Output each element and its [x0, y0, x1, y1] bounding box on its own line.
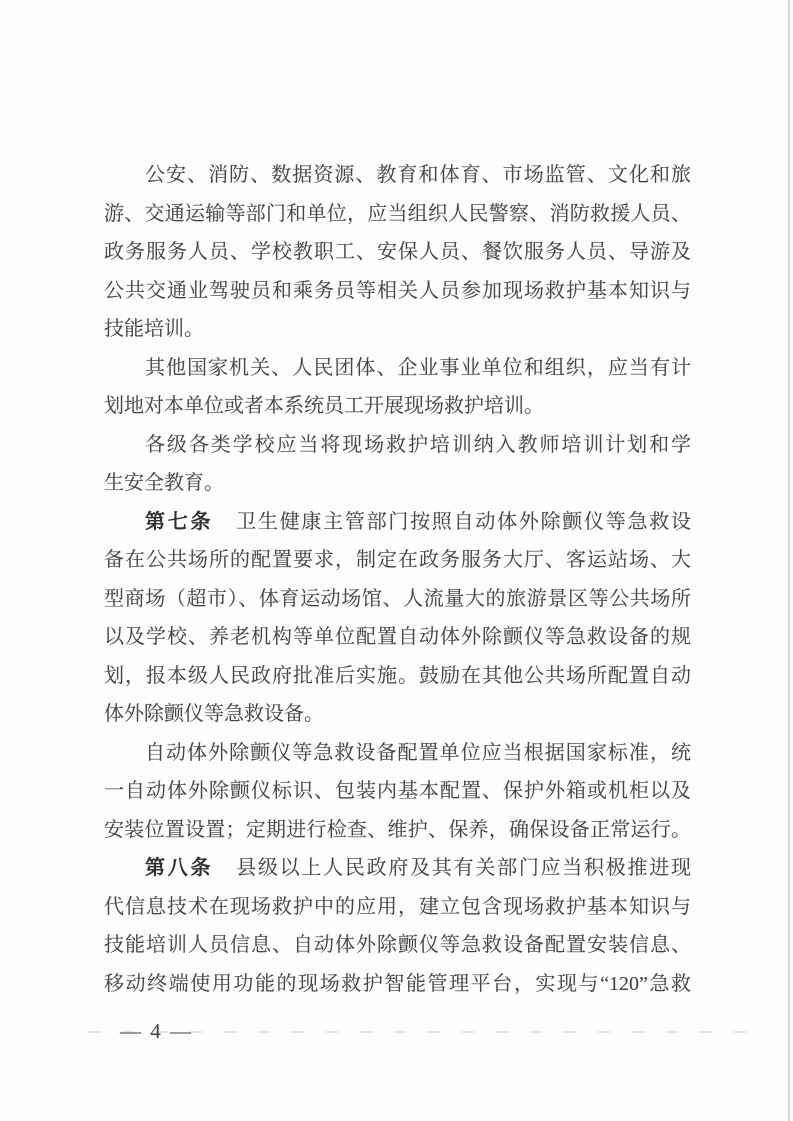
text-line: 其他国家机关、人民团体、企业事业单位和组织，应当有计: [104, 349, 691, 388]
text-line: 第七条卫生健康主管部门按照自动体外除颤仪等急救设: [104, 503, 691, 542]
text-line: 技能培训人员信息、自动体外除颤仪等急救设备配置安装信息、: [104, 926, 691, 965]
document-page: 公安、消防、数据资源、教育和体育、市场监管、文化和旅游、交通运输等部门和单位，应…: [0, 0, 793, 1121]
scan-edge-line: [788, 0, 790, 1121]
text-line: 公安、消防、数据资源、教育和体育、市场监管、文化和旅: [104, 156, 691, 195]
article-term: 第七条: [145, 511, 213, 533]
text-line: 第八条县级以上人民政府及其有关部门应当积极推进现: [104, 849, 691, 888]
paragraph: 其他国家机关、人民团体、企业事业单位和组织，应当有计划地对本单位或者本系统员工开…: [104, 349, 691, 426]
document-body: 公安、消防、数据资源、教育和体育、市场监管、文化和旅游、交通运输等部门和单位，应…: [104, 156, 691, 1003]
text-line: 各级各类学校应当将现场救护培训纳入教师培训计划和学: [104, 426, 691, 465]
paragraph: 自动体外除颤仪等急救设备配置单位应当根据国家标准，统一自动体外除颤仪标识、包装内…: [104, 734, 691, 850]
text-line: 一自动体外除颤仪标识、包装内基本配置、保护外箱或机柜以及: [104, 772, 691, 811]
text-line: 型商场（超市）、体育运动场馆、人流量大的旅游景区等公共场所: [104, 580, 691, 619]
text-line: 备在公共场所的配置要求，制定在政务服务大厅、客运站场、大: [104, 541, 691, 580]
text-line: 划，报本级人民政府批准后实施。鼓励在其他公共场所配置自动: [104, 657, 691, 696]
text-line: 技能培训。: [104, 310, 691, 349]
text-line: 以及学校、养老机构等单位配置自动体外除颤仪等急救设备的规: [104, 618, 691, 657]
page-number: — 4 —: [120, 1019, 193, 1044]
text-line: 代信息技术在现场救护中的应用，建立包含现场救护基本知识与: [104, 888, 691, 927]
text-line: 游、交通运输等部门和单位，应当组织人民警察、消防救援人员、: [104, 195, 691, 234]
paragraph: 第七条卫生健康主管部门按照自动体外除颤仪等急救设备在公共场所的配置要求，制定在政…: [104, 503, 691, 734]
text-line: 生安全教育。: [104, 464, 691, 503]
text-line: 公共交通业驾驶员和乘务员等相关人员参加现场救护基本知识与: [104, 272, 691, 311]
paragraph: 公安、消防、数据资源、教育和体育、市场监管、文化和旅游、交通运输等部门和单位，应…: [104, 156, 691, 349]
text-line: 政务服务人员、学校教职工、安保人员、餐饮服务人员、导游及: [104, 233, 691, 272]
text-line: 划地对本单位或者本系统员工开展现场救护培训。: [104, 387, 691, 426]
paragraph: 第八条县级以上人民政府及其有关部门应当积极推进现代信息技术在现场救护中的应用，建…: [104, 849, 691, 1003]
text-line: 移动终端使用功能的现场救护智能管理平台，实现与“120”急救: [104, 965, 691, 1004]
article-term: 第八条: [145, 857, 213, 879]
paragraph: 各级各类学校应当将现场救护培训纳入教师培训计划和学生安全教育。: [104, 426, 691, 503]
text-line: 体外除颤仪等急救设备。: [104, 695, 691, 734]
text-line: 安装位置设置；定期进行检查、维护、保养，确保设备正常运行。: [104, 811, 691, 850]
text-line: 自动体外除颤仪等急救设备配置单位应当根据国家标准，统: [104, 734, 691, 773]
